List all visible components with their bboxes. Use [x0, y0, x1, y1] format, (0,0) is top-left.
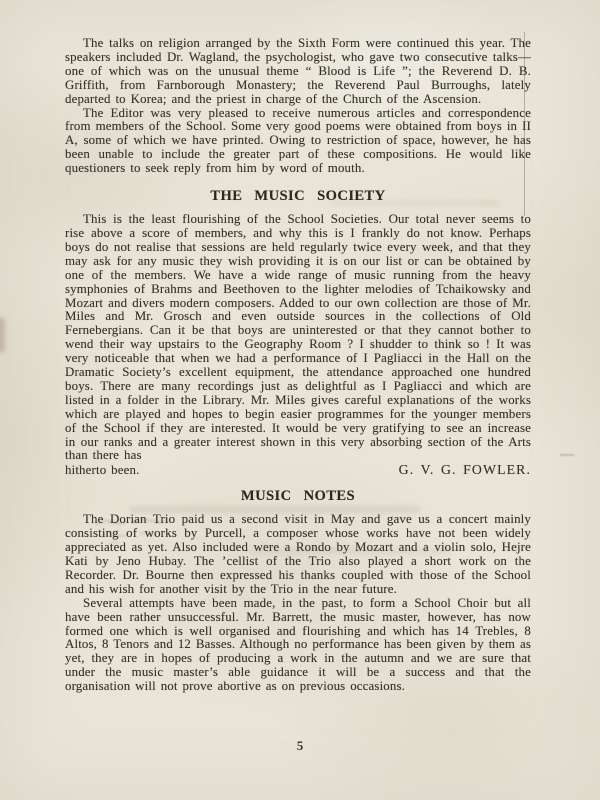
- section-heading-music-notes: MUSIC NOTES: [65, 488, 531, 505]
- author-signature: G. V. G. FOWLER.: [399, 463, 531, 477]
- page-content: The talks on religion arranged by the Si…: [65, 30, 531, 694]
- closing-line: hitherto been.: [65, 464, 139, 478]
- page-number: 5: [0, 738, 600, 754]
- section-heading-music-society: THE MUSIC SOCIETY: [65, 188, 531, 205]
- music-society-paragraph: This is the least flourishing of the Sch…: [65, 213, 531, 463]
- music-notes-paragraph-2: Several attempts have been made, in the …: [65, 597, 531, 694]
- scan-edge-artifact: [0, 318, 5, 352]
- intro-paragraph-1: The talks on religion arranged by the Si…: [65, 37, 531, 107]
- intro-paragraph-2: The Editor was very pleased to receive n…: [65, 107, 531, 177]
- music-notes-paragraph-1: The Dorian Trio paid us a second visit i…: [65, 513, 531, 596]
- scanned-magazine-page: The talks on religion arranged by the Si…: [0, 0, 600, 800]
- scan-artifact-dash: [560, 454, 574, 456]
- signature-row: hitherto been. G. V. G. FOWLER.: [65, 463, 531, 478]
